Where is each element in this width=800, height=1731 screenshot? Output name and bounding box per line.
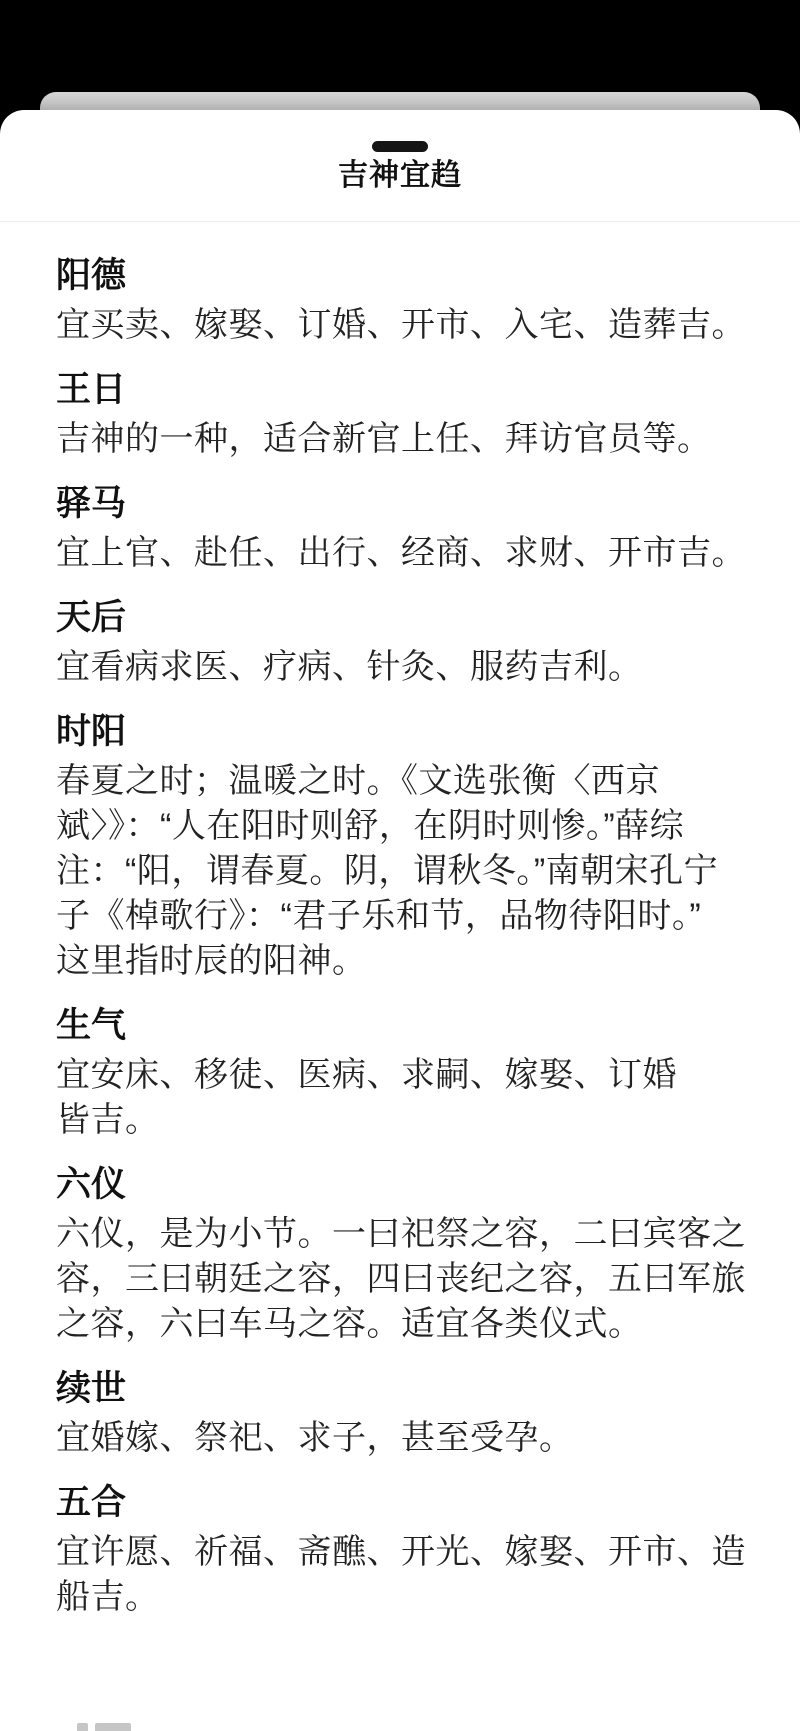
term-text-line: 宜上官、赴任、出行、经商、求财、开市吉。	[56, 531, 746, 576]
term-title-xushi: 续世	[56, 1366, 746, 1411]
term-title-yima: 驿马	[56, 481, 746, 526]
sheet-title: 吉神宜趋	[0, 158, 800, 221]
section-shengqi: 生气 宜安床、移徒、医病、求嗣、嫁娶、订婚 皆吉。	[56, 1003, 746, 1143]
term-text-line: 这里指时辰的阳神。	[56, 939, 746, 984]
term-text-line: 注：“阳，谓春夏。阴，谓秋冬。”南朝宋孔宁	[56, 849, 746, 894]
sheet-scroll-area[interactable]: 阳德 宜买卖、嫁娶、订婚、开市、入宅、造葬吉。 王日 吉神的一种，适合新官上任、…	[0, 222, 800, 1620]
term-text-line: 吉神的一种，适合新官上任、拜访官员等。	[56, 417, 746, 462]
term-title-yangde: 阳德	[56, 253, 746, 298]
term-title-shengqi: 生气	[56, 1003, 746, 1048]
term-text-line: 船吉。	[56, 1575, 746, 1620]
term-text-line: 宜婚嫁、祭祀、求子，甚至受孕。	[56, 1416, 746, 1461]
section-tianhou: 天后 宜看病求医、疗病、针灸、服药吉利。	[56, 595, 746, 690]
section-xushi: 续世 宜婚嫁、祭祀、求子，甚至受孕。	[56, 1366, 746, 1461]
drag-handle[interactable]	[372, 141, 428, 152]
term-text-line: 宜看病求医、疗病、针灸、服药吉利。	[56, 645, 746, 690]
term-title-wangri: 王日	[56, 367, 746, 412]
term-text-line: 春夏之时；温暖之时。《文选张衡〈西京	[56, 759, 746, 804]
clipped-text-fragment	[77, 1723, 131, 1731]
term-text-line: 六仪，是为小节。一曰祀祭之容，二曰宾客之	[56, 1212, 746, 1257]
term-text-line: 子《棹歌行》：“君子乐和节，品物待阳时。”	[56, 894, 746, 939]
term-text-line: 皆吉。	[56, 1098, 746, 1143]
term-text-line: 之容，六曰车马之容。适宜各类仪式。	[56, 1302, 746, 1347]
term-text-line: 宜许愿、祈福、斋醮、开光、嫁娶、开市、造	[56, 1530, 746, 1575]
term-text-line: 宜买卖、嫁娶、订婚、开市、入宅、造葬吉。	[56, 303, 746, 348]
term-title-wuhe: 五合	[56, 1480, 746, 1525]
term-title-liuyi: 六仪	[56, 1162, 746, 1207]
section-liuyi: 六仪 六仪，是为小节。一曰祀祭之容，二曰宾客之 容，三曰朝廷之容，四曰丧纪之容，…	[56, 1162, 746, 1347]
section-wuhe: 五合 宜许愿、祈福、斋醮、开光、嫁娶、开市、造 船吉。	[56, 1480, 746, 1620]
modal-backdrop[interactable]: 吉神宜趋 阳德 宜买卖、嫁娶、订婚、开市、入宅、造葬吉。 王日 吉神的一种，适合…	[0, 0, 800, 1731]
section-yima: 驿马 宜上官、赴任、出行、经商、求财、开市吉。	[56, 481, 746, 576]
sheet-header: 吉神宜趋	[0, 141, 800, 222]
term-text-line: 斌〉》：“人在阳时则舒，在阴时则惨。”薛综	[56, 804, 746, 849]
section-wangri: 王日 吉神的一种，适合新官上任、拜访官员等。	[56, 367, 746, 462]
term-title-tianhou: 天后	[56, 595, 746, 640]
section-shiyang: 时阳 春夏之时；温暖之时。《文选张衡〈西京 斌〉》：“人在阳时则舒，在阴时则惨。…	[56, 709, 746, 984]
term-title-shiyang: 时阳	[56, 709, 746, 754]
bottom-sheet: 吉神宜趋 阳德 宜买卖、嫁娶、订婚、开市、入宅、造葬吉。 王日 吉神的一种，适合…	[0, 110, 800, 1731]
term-text-line: 容，三曰朝廷之容，四曰丧纪之容，五曰军旅	[56, 1257, 746, 1302]
section-yangde: 阳德 宜买卖、嫁娶、订婚、开市、入宅、造葬吉。	[56, 253, 746, 348]
term-text-line: 宜安床、移徒、医病、求嗣、嫁娶、订婚	[56, 1053, 746, 1098]
